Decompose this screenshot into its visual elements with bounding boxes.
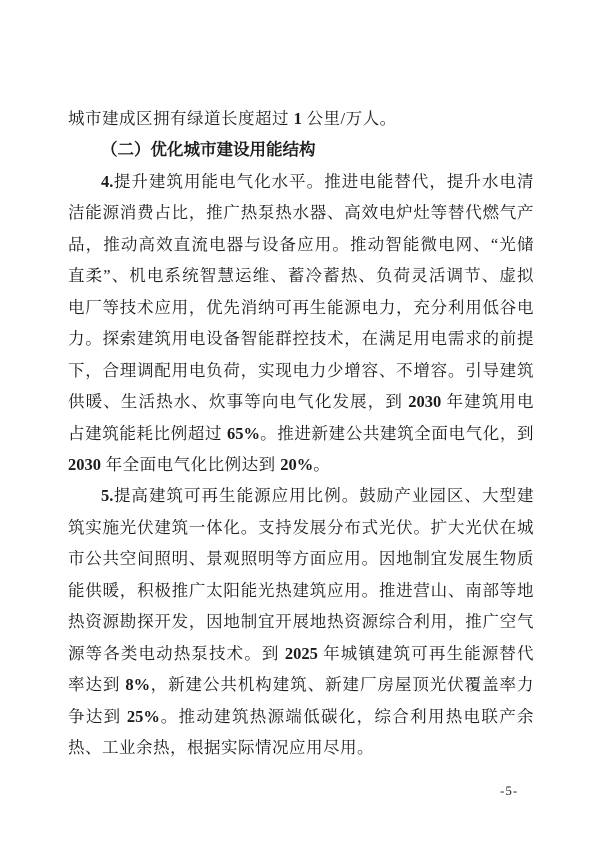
section-heading: （二）优化城市建设用能结构 <box>68 134 534 165</box>
document-body: 城市建成区拥有绿道长度超过 1 公里/万人。（二）优化城市建设用能结构4.提升建… <box>68 103 534 764</box>
paragraph-item-4: 4.提升建筑用能电气化水平。推进电能替代，提升水电清洁能源消费占比，推广热泵热水… <box>68 166 534 481</box>
paragraph-item-5: 5.提高建筑可再生能源应用比例。鼓励产业园区、大型建筑实施光伏建筑一体化。支持发… <box>68 480 534 763</box>
page-number: -5- <box>500 783 518 799</box>
paragraph-continuation: 城市建成区拥有绿道长度超过 1 公里/万人。 <box>68 103 534 134</box>
document-page: 城市建成区拥有绿道长度超过 1 公里/万人。（二）优化城市建设用能结构4.提升建… <box>0 0 600 848</box>
